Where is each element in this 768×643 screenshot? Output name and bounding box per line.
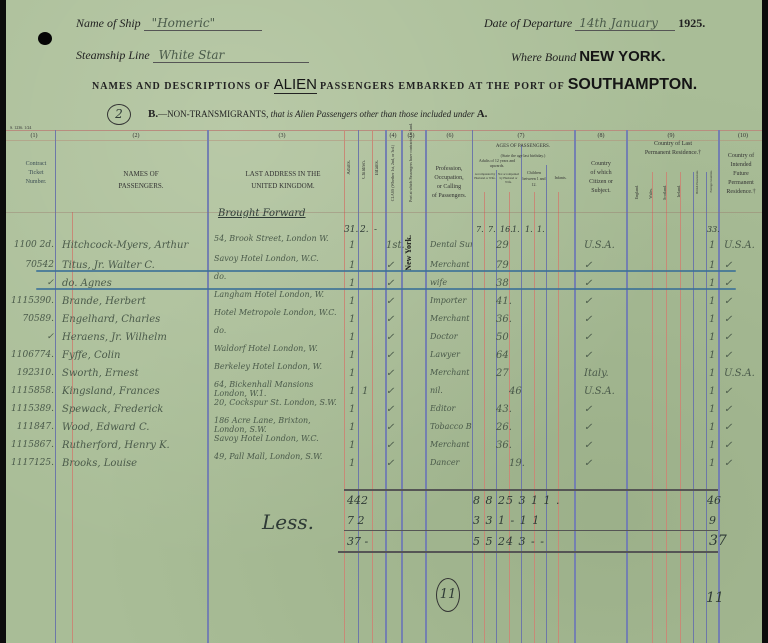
last-address: Langham Hotel London, W. (214, 290, 342, 299)
future-residence: ✓ (724, 422, 732, 433)
adult-count: 1 (349, 440, 355, 451)
ticket-number: 1115867. (10, 440, 54, 450)
passenger-name: Spewack, Frederick (62, 404, 163, 415)
adult-count: 1 (349, 458, 355, 469)
adult-count: 1 (349, 404, 355, 415)
ticket-number: 1115389. (10, 404, 54, 414)
table-row: 192310.Sworth, ErnestBerkeley Hotel Lond… (6, 368, 762, 386)
last-address: Berkeley Hotel London, W. (214, 362, 342, 371)
occupation: Importer (430, 296, 472, 305)
table-row: 111847.Wood, Edward C.186 Acre Lane, Bri… (6, 422, 762, 440)
col-ireland: Ireland. (676, 185, 681, 197)
last-address: Hotel Metropole London, W.C. (214, 308, 342, 317)
passenger-class: ✓ (386, 296, 394, 307)
future-residence: ✓ (724, 404, 732, 415)
occupation: Doctor (430, 332, 472, 341)
passenger-class: 1st. (386, 240, 405, 251)
destination-value: NEW YORK. (579, 48, 665, 65)
foreign-country-mark: 1 (709, 440, 715, 451)
citizenship: ✓ (584, 314, 592, 325)
col-last-residence-header: Country of LastPermanent Residence.† (628, 140, 718, 158)
col-occupation-header: Profession,Occupation,or Callingof Passe… (426, 165, 472, 201)
citizenship: U.S.A. (584, 240, 615, 251)
total-ages-1: 8 8 25 3 1 1 . (473, 494, 560, 507)
ticket-number: 1106774. (10, 350, 54, 360)
col-wales: Wales. (648, 188, 653, 199)
total-adults-1: 442 (347, 494, 368, 507)
last-address: Waldorf Hotel London, W. (214, 344, 342, 353)
foreign-country-mark: 1 (709, 404, 715, 415)
col-names-header: NAMES OFPASSENGERS. (101, 168, 181, 192)
foreign-country-mark: 1 (709, 458, 715, 469)
passenger-name: Heraens, Jr. Wilhelm (62, 332, 167, 343)
departure-date-field: Date of Departure 14th January 1925. (484, 16, 705, 31)
passenger-name: Brooks, Louise (62, 458, 137, 469)
total-adults-2: 7 2 (347, 514, 365, 527)
passenger-name: Fyffe, Colin (62, 350, 120, 361)
future-residence: ✓ (724, 440, 732, 451)
margin-note: 11 (706, 590, 724, 606)
passenger-name: Hitchcock-Myers, Arthur (62, 240, 188, 251)
ship-name-value: "Homeric" (144, 16, 262, 31)
totals-rule-2 (344, 530, 718, 531)
passenger-name: Brande, Herbert (62, 296, 146, 307)
col-british-possessions: British Possessions. (695, 170, 699, 194)
table-row: 70589.Engelhard, CharlesHotel Metropole … (6, 314, 762, 332)
citizenship: U.S.A. (584, 386, 615, 397)
foreign-country-mark: 1 (709, 350, 715, 361)
departure-date-value: 14th January (575, 16, 675, 31)
ticket-number: 192310. (10, 368, 54, 378)
age-male: 36. (496, 440, 512, 451)
future-residence: ✓ (724, 458, 732, 469)
col-future-residence-header: Country ofIntendedFuturePermanentResiden… (720, 152, 762, 197)
destination-field: Where Bound NEW YORK. (511, 48, 666, 65)
table-row: 1115858.Kingsland, Frances64, Bickenhall… (6, 386, 762, 404)
section-heading: B.—NON-TRANSMIGRANTS, that is Alien Pass… (148, 108, 487, 120)
age-male: 36. (496, 314, 512, 325)
last-address: do. (214, 272, 342, 281)
occupation: Merchant (430, 260, 472, 269)
future-residence: ✓ (724, 350, 732, 361)
col-address-header: LAST ADDRESS IN THEUNITED KINGDOM. (228, 168, 338, 192)
foreign-country-mark: 1 (709, 332, 715, 343)
last-address: 20, Cockspur St. London, S.W. (214, 398, 342, 407)
passenger-class: ✓ (386, 440, 394, 451)
ticket-number: 111847. (10, 422, 54, 432)
col-citizen-header: Countryof whichCitizen orSubject. (576, 160, 626, 196)
adult-count: 1 (349, 332, 355, 343)
col-7-number: (7) (511, 132, 531, 141)
citizenship: ✓ (584, 422, 592, 433)
steamship-line-field: Steamship Line White Star (76, 48, 309, 63)
passenger-class: ✓ (386, 350, 394, 361)
steamship-line-value: White Star (153, 48, 309, 63)
col-foreign-countries: Foreign Countries. (709, 170, 713, 193)
strikethrough-line (36, 270, 736, 272)
totals-rule-3 (338, 551, 718, 553)
total-foreign-3: 37 (709, 533, 727, 549)
last-address: 54, Brook Street, London W. (214, 234, 342, 243)
passenger-class: ✓ (386, 386, 394, 397)
occupation: nil. (430, 386, 472, 395)
foreign-country-mark: 1 (709, 368, 715, 379)
citizenship: ✓ (584, 332, 592, 343)
col-3-number: (3) (272, 132, 292, 141)
age-male: 43. (496, 404, 512, 415)
passenger-class: ✓ (386, 422, 394, 433)
total-foreign-1: 46 (707, 494, 721, 507)
last-address: 186 Acre Lane, Brixton, London, S.W. (214, 416, 342, 434)
table-row: 1100 2d.Hitchcock-Myers, Arthur54, Brook… (6, 240, 762, 258)
last-address: Savoy Hotel London, W.C. (214, 434, 342, 443)
totals-rule-1 (344, 489, 718, 491)
future-residence: ✓ (724, 332, 732, 343)
passenger-name: Kingsland, Frances (62, 386, 160, 397)
col-ages-infants: Infants. (547, 173, 574, 182)
foreign-country-mark: 1 (709, 240, 715, 251)
col-ages-adults: Adults of 12 years and upwards. (474, 158, 520, 168)
passenger-class: ✓ (386, 404, 394, 415)
last-address: Savoy Hotel London, W.C. (214, 254, 342, 263)
occupation: Merchant (430, 440, 472, 449)
total-foreign-2: 9 (709, 514, 716, 527)
age-male: 27 (496, 368, 509, 379)
col-1-number: (1) (24, 132, 44, 141)
adult-count: 1 (349, 296, 355, 307)
citizenship: ✓ (584, 440, 592, 451)
adult-count: 1 (349, 350, 355, 361)
ticket-number: 1100 2d. (10, 240, 54, 250)
col-port-header: Port at which Passengers have contracted… (408, 142, 413, 202)
occupation: Merchant (430, 314, 472, 323)
less-label: Less. (262, 510, 314, 534)
ticket-number: ✓ (10, 278, 54, 288)
ticket-number: 70589. (10, 314, 54, 324)
foreign-country-mark: 1 (709, 422, 715, 433)
passenger-name: Engelhard, Charles (62, 314, 160, 325)
page-title: NAMES AND DESCRIPTIONS OF ALIEN PASSENGE… (92, 76, 697, 94)
ticket-number: 70542 (10, 260, 54, 270)
citizenship: Italy. (584, 368, 609, 379)
col-ages-not-accompanied: Not accompanied by Husband or Wife. (497, 172, 520, 184)
col-adults-header: Adults. (347, 160, 352, 175)
adult-count: 1 (349, 386, 355, 397)
col-6-number: (6) (440, 132, 460, 141)
citizenship: ✓ (584, 350, 592, 361)
ink-blot (38, 32, 52, 45)
total-ages-2: 3 3 1 - 1 1 (473, 514, 540, 527)
occupation: Merchant (430, 368, 472, 377)
col-ticket-header: ContractTicketNumber. (18, 160, 54, 187)
passenger-class: ✓ (386, 332, 394, 343)
col-4-number: (4) (386, 132, 400, 141)
table-row: 1115390.Brande, HerbertLangham Hotel Lon… (6, 296, 762, 314)
table-row: 1117125.Brooks, Louise49, Pall Mall, Lon… (6, 458, 762, 476)
passenger-name: Rutherford, Henry K. (62, 440, 170, 451)
adult-count: 1 (349, 368, 355, 379)
age-female: 19. (509, 458, 525, 469)
ship-name-field: Name of Ship "Homeric" (76, 16, 262, 31)
future-residence: ✓ (724, 386, 732, 397)
passenger-class: ✓ (386, 458, 394, 469)
foreign-country-mark: 1 (709, 386, 715, 397)
circled-count: 11 (436, 578, 460, 612)
col-10-number: (10) (734, 132, 752, 141)
adult-count: 1 (349, 422, 355, 433)
child-count: 1 (362, 386, 368, 397)
col-class-header: CLASS (Whether 1st, 2nd, or 3rd.) (390, 145, 395, 201)
col-infants-header: Infants. (375, 160, 380, 175)
col-8-number: (8) (594, 132, 608, 141)
foreign-country-mark: 1 (709, 296, 715, 307)
col-england: England. (634, 185, 639, 199)
passenger-class: ✓ (386, 314, 394, 325)
sheet-number-circle: 2 (107, 104, 131, 125)
passenger-class: ✓ (386, 368, 394, 379)
occupation: Lawyer (430, 350, 472, 359)
manifest-page: Name of Ship "Homeric" Steamship Line Wh… (6, 0, 762, 643)
adult-count: 1 (349, 240, 355, 251)
future-residence: U.S.A. (724, 240, 755, 251)
age-male: 29 (496, 240, 509, 251)
last-address: 64, Bickenhall Mansions London, W.1. (214, 380, 342, 398)
citizenship: ✓ (584, 296, 592, 307)
last-address: 49, Pall Mall, London, S.W. (214, 452, 342, 461)
occupation: Editor (430, 404, 472, 413)
table-row: ✓do. Agnesdo.1✓wife38✓1✓ (6, 278, 762, 296)
col-ages-children: Children between 1 and 12. (522, 170, 546, 188)
future-residence: U.S.A. (724, 368, 755, 379)
occupation: Dental Surgeon (430, 240, 472, 249)
table-row: 70542Titus, Jr. Walter C.Savoy Hotel Lon… (6, 260, 762, 278)
citizenship: ✓ (584, 404, 592, 415)
col-scotland: Scotland. (662, 185, 667, 200)
ticket-number: 1117125. (10, 458, 54, 468)
passenger-name: Sworth, Ernest (62, 368, 139, 379)
col-2-number: (2) (126, 132, 146, 141)
foreign-country-mark: 1 (709, 314, 715, 325)
age-male: 64 (496, 350, 509, 361)
total-ages-3: 5 5 24 3 - - (473, 535, 545, 548)
age-male: 50 (496, 332, 509, 343)
age-male: 41. (496, 296, 512, 307)
future-residence: ✓ (724, 314, 732, 325)
age-female: 46 (509, 386, 522, 397)
occupation: Dancer (430, 458, 472, 467)
ticket-number: ✓ (10, 332, 54, 342)
table-row: 1106774.Fyffe, ColinWaldorf Hotel London… (6, 350, 762, 368)
ticket-number: 1115390. (10, 296, 54, 306)
age-male: 26. (496, 422, 512, 433)
strikethrough-line (36, 288, 736, 290)
adult-count: 1 (349, 314, 355, 325)
table-row: ✓Heraens, Jr. Wilhelmdo.1✓Doctor50✓1✓ (6, 332, 762, 350)
col-children-header: Children. (362, 160, 367, 179)
col-ages-accompanied: Accompanied by Husband or Wife. (474, 172, 496, 180)
passenger-name: Wood, Edward C. (62, 422, 149, 433)
last-address: do. (214, 326, 342, 335)
occupation: Tobacco Business (430, 422, 472, 431)
total-adults-3: 37 - (347, 535, 368, 548)
ticket-number: 1115858. (10, 386, 54, 396)
future-residence: ✓ (724, 296, 732, 307)
table-row: 1115867.Rutherford, Henry K.Savoy Hotel … (6, 440, 762, 458)
table-row: 1115389.Spewack, Frederick20, Cockspur S… (6, 404, 762, 422)
occupation: wife (430, 278, 472, 287)
citizenship: ✓ (584, 458, 592, 469)
table-top-rule (6, 130, 762, 131)
